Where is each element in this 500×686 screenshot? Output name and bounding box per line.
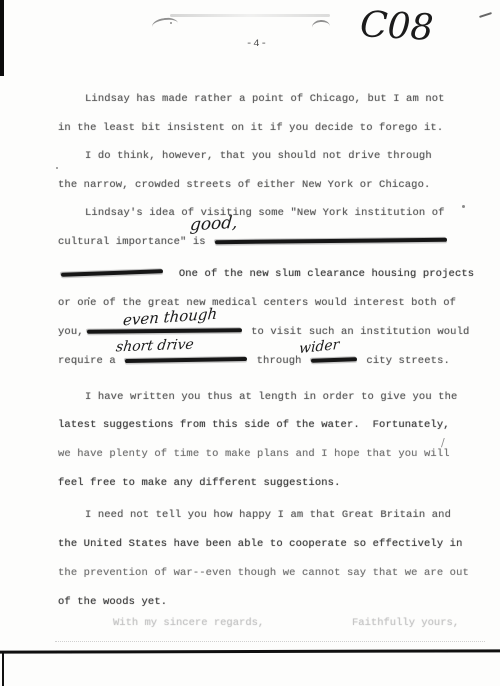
typed-text: the United States have been able to coop… (58, 538, 463, 550)
typed-text: to visit such an institution would (245, 326, 470, 338)
typed-line: we have plenty of time to make plans and… (58, 448, 450, 460)
typed-line: I do think, however, that you should not… (85, 150, 432, 162)
typed-line: require a through city streets. (58, 355, 450, 367)
typed-line: Lindsay's idea of visiting some "New Yor… (85, 207, 445, 219)
typed-line: Lindsay has made rather a point of Chica… (85, 93, 445, 105)
typed-text: Lindsay has made rather a point of Chica… (85, 93, 445, 105)
corner-dash-mark (479, 12, 492, 18)
typed-text: we have plenty of time to make plans and… (58, 448, 450, 460)
scanned-letter-page: -4- C08 Lindsay has made rather a point … (0, 0, 500, 686)
typed-line: latest suggestions from this side of the… (58, 419, 450, 431)
typed-line: you, to visit such an institution would (58, 326, 469, 338)
typed-line: the prevention of war--even though we ca… (58, 567, 469, 579)
scan-speck (462, 205, 465, 208)
pen-arc-mark (311, 19, 330, 35)
typed-line: of the woods yet. (58, 596, 167, 608)
typed-line: in the least bit insistent on it if you … (58, 122, 443, 134)
closing-right: Faithfully yours, (352, 617, 459, 629)
faint-rule (55, 641, 485, 642)
typed-text: feel free to make any different suggesti… (58, 477, 341, 489)
strikethrough-mark (61, 270, 163, 277)
scan-edge-bar (0, 0, 4, 76)
strikethrough-mark (311, 358, 357, 363)
typed-text: of the woods yet. (58, 596, 167, 608)
typed-line: the narrow, crowded streets of either Ne… (58, 179, 430, 191)
typed-text: Lindsay's idea of visiting some "New Yor… (85, 207, 445, 219)
typed-text: I need not tell you how happy I am that … (85, 509, 451, 521)
typed-line: I have written you thus at length in ord… (85, 391, 457, 403)
scan-speck (56, 167, 58, 169)
typed-text: city streets. (360, 355, 450, 367)
page-bottom-edge (0, 649, 500, 653)
typed-text: I have written you thus at length in ord… (85, 391, 457, 403)
typed-text: I do think, however, that you should not… (85, 150, 432, 162)
handwritten-good: good, (189, 213, 238, 236)
pen-slash-mark: / (441, 436, 445, 449)
handwritten-short-drive: short drive (115, 337, 195, 356)
typed-line: the United States have been able to coop… (58, 538, 463, 550)
typed-text: in the least bit insistent on it if you … (58, 122, 443, 134)
handwritten-archive-code: C08 (359, 4, 434, 49)
strikethrough-mark (215, 238, 447, 244)
scan-speck (170, 22, 172, 24)
typed-line: One of the new slum clearance housing pr… (58, 268, 474, 280)
typed-line: feel free to make any different suggesti… (58, 477, 341, 489)
page-number: -4- (246, 38, 268, 50)
typed-text: the prevention of war--even though we ca… (58, 567, 469, 579)
typed-text: or one of the great new medical centers … (58, 297, 456, 309)
strikethrough-mark (125, 357, 247, 363)
typed-text: you, (58, 326, 84, 338)
typed-text: cultural importance" is (58, 236, 212, 248)
typed-line: I need not tell you how happy I am that … (85, 509, 451, 521)
closing-left: With my sincere regards, (113, 617, 264, 629)
next-page-edge (2, 652, 4, 686)
typed-text: the narrow, crowded streets of either Ne… (58, 179, 430, 191)
typed-text: latest suggestions from this side of the… (58, 419, 450, 431)
pen-arc-mark (151, 16, 179, 33)
typed-text: require a (58, 355, 122, 367)
typed-line: or one of the great new medical centers … (58, 297, 456, 309)
scan-smudge (170, 14, 330, 17)
typed-text: One of the new slum clearance housing pr… (166, 268, 474, 280)
typed-line: cultural importance" is (58, 236, 450, 248)
strikethrough-mark (87, 329, 242, 334)
